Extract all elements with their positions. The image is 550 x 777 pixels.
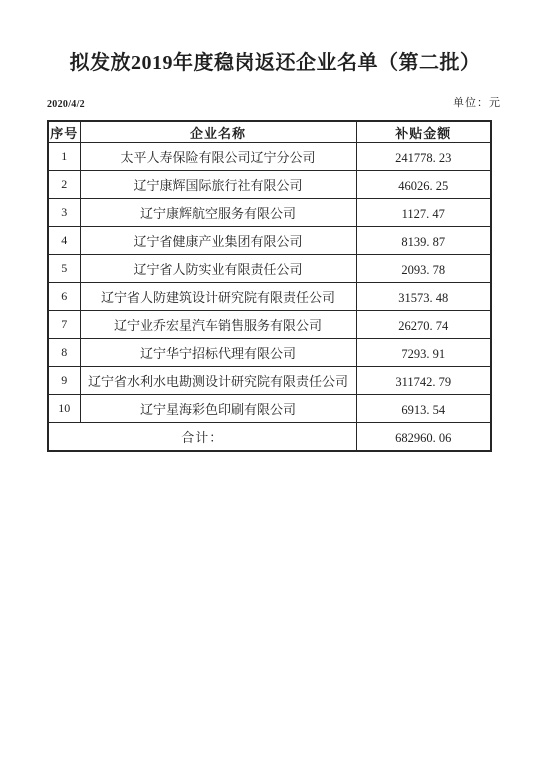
table-row: 5辽宁省人防实业有限责任公司2093. 78 bbox=[48, 255, 491, 283]
subsidy-amount-cell: 2093. 78 bbox=[356, 255, 491, 283]
table-row: 2辽宁康辉国际旅行社有限公司46026. 25 bbox=[48, 171, 491, 199]
column-header-index: 序号 bbox=[48, 121, 80, 143]
row-index-cell: 3 bbox=[48, 199, 80, 227]
company-name-cell: 辽宁省人防实业有限责任公司 bbox=[80, 255, 356, 283]
subsidy-amount-cell: 8139. 87 bbox=[356, 227, 491, 255]
row-index-cell: 6 bbox=[48, 283, 80, 311]
document-date: 2020/4/2 bbox=[47, 99, 85, 110]
table-row: 4辽宁省健康产业集团有限公司8139. 87 bbox=[48, 227, 491, 255]
unit-label: 单位：元 bbox=[453, 94, 501, 110]
table-row: 9辽宁省水利水电勘测设计研究院有限责任公司311742. 79 bbox=[48, 367, 491, 395]
table-row: 7辽宁业乔宏星汽车销售服务有限公司26270. 74 bbox=[48, 311, 491, 339]
table-row: 3辽宁康辉航空服务有限公司1127. 47 bbox=[48, 199, 491, 227]
row-index-cell: 1 bbox=[48, 143, 80, 171]
subsidy-amount-cell: 31573. 48 bbox=[356, 283, 491, 311]
row-index-cell: 8 bbox=[48, 339, 80, 367]
row-index-cell: 5 bbox=[48, 255, 80, 283]
document-page: 拟发放2019年度稳岗返还企业名单（第二批） 2020/4/2 单位：元 序号 … bbox=[0, 0, 550, 777]
table-row: 6辽宁省人防建筑设计研究院有限责任公司31573. 48 bbox=[48, 283, 491, 311]
company-name-cell: 辽宁省水利水电勘测设计研究院有限责任公司 bbox=[80, 367, 356, 395]
subsidy-amount-cell: 311742. 79 bbox=[356, 367, 491, 395]
column-header-amount: 补贴金额 bbox=[356, 121, 491, 143]
row-index-cell: 9 bbox=[48, 367, 80, 395]
table-body: 1太平人寿保险有限公司辽宁分公司241778. 232辽宁康辉国际旅行社有限公司… bbox=[48, 143, 491, 423]
company-name-cell: 辽宁业乔宏星汽车销售服务有限公司 bbox=[80, 311, 356, 339]
subsidy-amount-cell: 241778. 23 bbox=[356, 143, 491, 171]
company-name-cell: 辽宁康辉国际旅行社有限公司 bbox=[80, 171, 356, 199]
meta-row: 2020/4/2 单位：元 bbox=[47, 94, 495, 110]
company-name-cell: 辽宁华宁招标代理有限公司 bbox=[80, 339, 356, 367]
row-index-cell: 2 bbox=[48, 171, 80, 199]
subsidy-amount-cell: 1127. 47 bbox=[356, 199, 491, 227]
company-name-cell: 太平人寿保险有限公司辽宁分公司 bbox=[80, 143, 356, 171]
subsidy-amount-cell: 46026. 25 bbox=[356, 171, 491, 199]
company-name-cell: 辽宁康辉航空服务有限公司 bbox=[80, 199, 356, 227]
subsidy-amount-cell: 6913. 54 bbox=[356, 395, 491, 423]
table-row: 1太平人寿保险有限公司辽宁分公司241778. 23 bbox=[48, 143, 491, 171]
row-index-cell: 10 bbox=[48, 395, 80, 423]
subsidy-amount-cell: 7293. 91 bbox=[356, 339, 491, 367]
page-title: 拟发放2019年度稳岗返还企业名单（第二批） bbox=[0, 46, 550, 75]
total-amount: 682960. 06 bbox=[356, 423, 491, 452]
company-name-cell: 辽宁省人防建筑设计研究院有限责任公司 bbox=[80, 283, 356, 311]
table-row: 10辽宁星海彩色印刷有限公司6913. 54 bbox=[48, 395, 491, 423]
total-label: 合计： bbox=[48, 423, 356, 452]
company-name-cell: 辽宁星海彩色印刷有限公司 bbox=[80, 395, 356, 423]
row-index-cell: 7 bbox=[48, 311, 80, 339]
row-index-cell: 4 bbox=[48, 227, 80, 255]
total-row: 合计： 682960. 06 bbox=[48, 423, 491, 452]
company-name-cell: 辽宁省健康产业集团有限公司 bbox=[80, 227, 356, 255]
table-header-row: 序号 企业名称 补贴金额 bbox=[48, 121, 491, 143]
table-row: 8辽宁华宁招标代理有限公司7293. 91 bbox=[48, 339, 491, 367]
subsidy-amount-cell: 26270. 74 bbox=[356, 311, 491, 339]
column-header-company: 企业名称 bbox=[80, 121, 356, 143]
subsidy-table: 序号 企业名称 补贴金额 1太平人寿保险有限公司辽宁分公司241778. 232… bbox=[47, 120, 492, 452]
